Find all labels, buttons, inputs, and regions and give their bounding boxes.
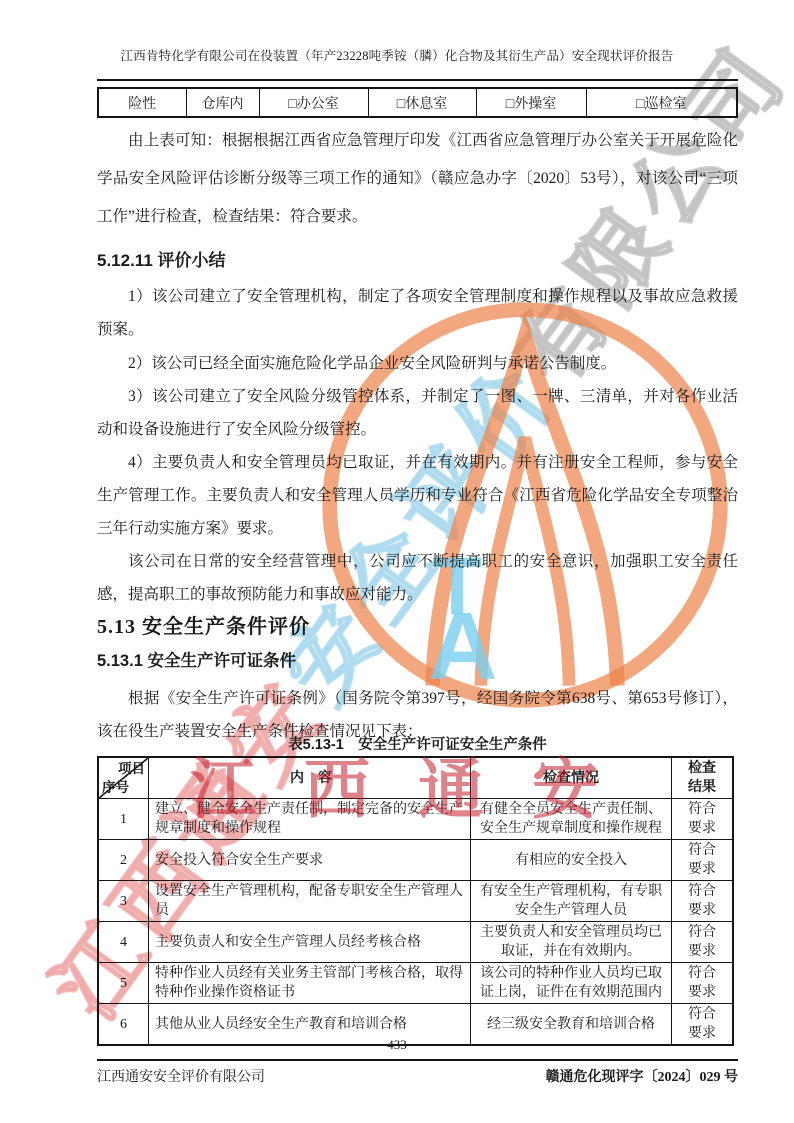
- row-content: 特种作业人员经有关业务主管部门考核合格，取得特种作业操作资格证书: [149, 963, 471, 1004]
- row-content: 设置安全生产管理机构，配备专职安全生产管理人员: [149, 881, 471, 922]
- summary-item-1: 1）该公司建立了安全管理机构，制定了各项安全管理制度和操作规程以及事故应急救援预…: [97, 280, 738, 346]
- row-number: 3: [98, 881, 149, 922]
- row-situation: 有安全生产管理机构，有专职安全生产管理人员: [471, 881, 672, 922]
- license-conditions-table: 项目 序号 内 容 检查情况 检查 结果 1 建立、健全安全生产责任制，制定完备…: [97, 756, 734, 1046]
- row-content: 建立、健全安全生产责任制，制定完备的安全生产规章制度和操作规程: [149, 799, 471, 840]
- table-row: 1 建立、健全安全生产责任制，制定完备的安全生产规章制度和操作规程 有健全全员安…: [98, 799, 733, 840]
- checkbox-room-table: 险性 仓库内 □办公室 □休息室 □外操室 □巡检室: [97, 87, 738, 118]
- table-row: 3 设置安全生产管理机构，配备专职安全生产管理人员 有安全生产管理机构，有专职安…: [98, 881, 733, 922]
- summary-item-3: 3）该公司建立了安全风险分级管控体系，并制定了一图、一牌、三清单，并对各作业活动…: [97, 380, 738, 446]
- row-situation: 有相应的安全投入: [471, 840, 672, 881]
- cell-xunjianshi-checkbox: □巡检室: [586, 88, 737, 117]
- row-number: 5: [98, 963, 149, 1004]
- table-row: 2 安全投入符合安全生产要求 有相应的安全投入 符合 要求: [98, 840, 733, 881]
- row-number: 1: [98, 799, 149, 840]
- summary-item-4: 4）主要负责人和安全管理员均已取证，并在有效期内。并有注册安全工程师，参与安全生…: [97, 446, 738, 545]
- footer-doc-number: 赣通危化现评字〔2024〕029 号: [546, 1066, 739, 1086]
- report-page: 江西通安安全评价有限公司 T A 江西通安 江西肯特化学有限公司在役装置（年产2…: [0, 0, 794, 1123]
- header-cell-result: 检查 结果: [672, 757, 734, 799]
- page-header-title: 江西肯特化学有限公司在役装置（年产23228吨季铵（膦）化合物及其衍生产品）安全…: [0, 46, 794, 64]
- row-number: 4: [98, 922, 149, 963]
- section-heading-5-13: 5.13 安全生产条件评价: [97, 610, 310, 639]
- cell-waicaoshi-checkbox: □外操室: [476, 88, 586, 117]
- cell-xiuxishi-checkbox: □休息室: [368, 88, 476, 117]
- section-heading-5-13-1: 5.13.1 安全生产许可证条件: [97, 647, 296, 671]
- row-content: 安全投入符合安全生产要求: [149, 840, 471, 881]
- row-content: 主要负责人和安全生产管理人员经考核合格: [149, 922, 471, 963]
- row-number: 2: [98, 840, 149, 881]
- summary-item-2: 2）该公司已经全面实施危险化学品企业安全风险研判与承诺公告制度。: [97, 347, 738, 380]
- footer-rule: [97, 1059, 738, 1061]
- table-header-row: 项目 序号 内 容 检查情况 检查 结果: [98, 757, 733, 799]
- row-situation: 该公司的特种作业人员均已取证上岗，证件在有效期范围内: [471, 963, 672, 1004]
- row-result: 符合 要求: [672, 963, 734, 1004]
- cell-cangkunei: 仓库内: [186, 88, 259, 117]
- row-result: 符合 要求: [672, 799, 734, 840]
- row-situation: 主要负责人和安全管理员均已取证，并在有效期内。: [471, 922, 672, 963]
- row-result: 符合 要求: [672, 840, 734, 881]
- header-rule: [97, 79, 738, 81]
- header-cell-content: 内 容: [149, 757, 471, 799]
- cell-xianxing: 险性: [98, 88, 186, 117]
- row-result: 符合 要求: [672, 922, 734, 963]
- row-situation: 有健全全员安全生产责任制、安全生产规章制度和操作规程: [471, 799, 672, 840]
- table-row: 5 特种作业人员经有关业务主管部门考核合格，取得特种作业操作资格证书 该公司的特…: [98, 963, 733, 1004]
- header-xuhao-label: 序号: [102, 778, 129, 797]
- table-row: 4 主要负责人和安全生产管理人员经考核合格 主要负责人和安全管理员均已取证，并在…: [98, 922, 733, 963]
- header-xiangmu-label: 项目: [118, 759, 145, 778]
- cell-bangongshi-checkbox: □办公室: [259, 88, 368, 117]
- intro-paragraph: 由上表可知：根据根据江西省应急管理厅印发《江西省应急管理厅办公室关于开展危险化学…: [97, 122, 738, 236]
- section-heading-5-12-11: 5.12.11 评价小结: [97, 246, 226, 271]
- footer-company-name: 江西通安安全评价有限公司: [97, 1066, 265, 1086]
- summary-closing-paragraph: 该公司在日常的安全经营管理中，公司应不断提高职工的安全意识，加强职工安全责任感，…: [97, 545, 738, 611]
- header-cell-item-number: 项目 序号: [98, 757, 149, 799]
- table-row: 险性 仓库内 □办公室 □休息室 □外操室 □巡检室: [98, 88, 737, 117]
- page-number: 433: [0, 1037, 794, 1053]
- row-result: 符合 要求: [672, 881, 734, 922]
- header-cell-situation: 检查情况: [471, 757, 672, 799]
- table-caption: 表5.13-1 安全生产许可证安全生产条件: [97, 733, 738, 754]
